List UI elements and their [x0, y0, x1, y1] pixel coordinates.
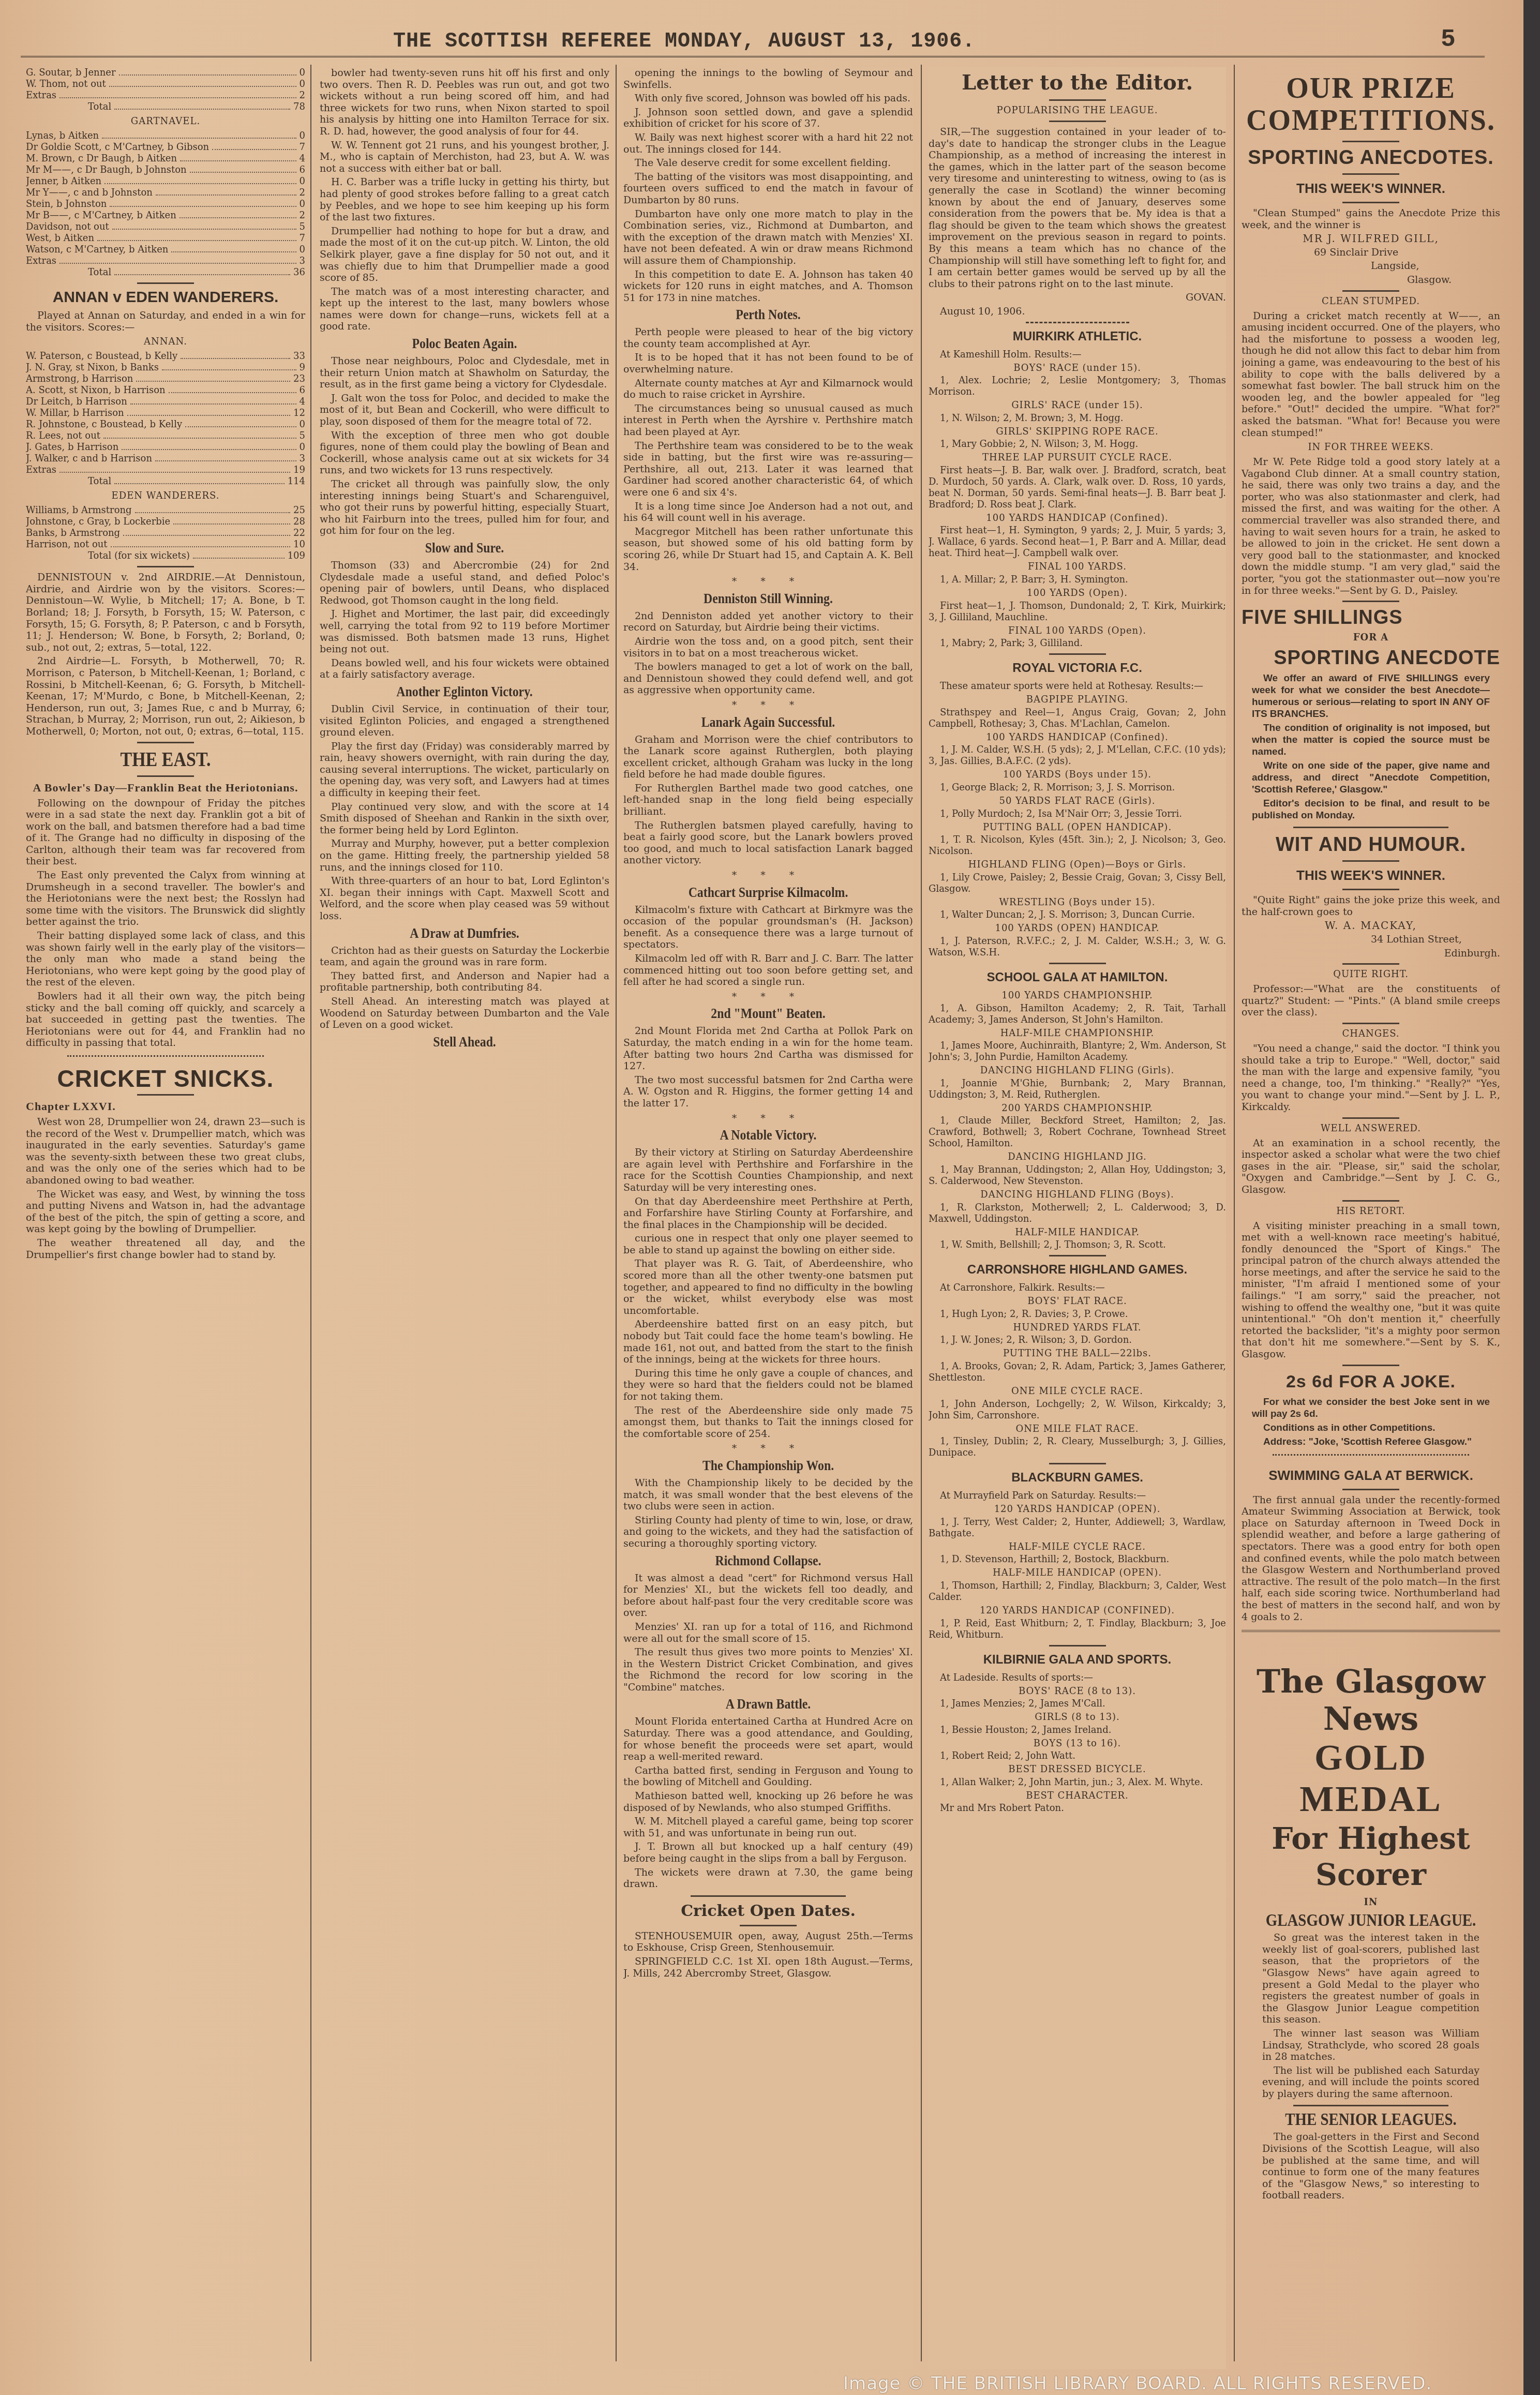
joke-title: QUITE RIGHT. — [1242, 969, 1500, 980]
divider — [1342, 1200, 1399, 1202]
column-2: bowler had twenty-seven runs hit off his… — [320, 67, 609, 2369]
results-intro: At Murrayfield Park on Saturday. Results… — [929, 1490, 1226, 1502]
scorecard-row: Extras19 — [26, 465, 305, 476]
masthead-title: THE SCOTTISH REFEREE MONDAY, AUGUST 13, … — [393, 30, 975, 53]
divider — [1342, 889, 1399, 890]
event-result: 1, J. W. Jones; 2, R. Wilson; 3, D. Gord… — [929, 1335, 1226, 1346]
scorecard-annan: W. Paterson, c Boustead, b Kelly33J. N. … — [26, 351, 305, 476]
article-subheading: A Bowler's Day—Franklin Beat the Herioto… — [26, 781, 305, 795]
paragraph: Graham and Morrison were the chief contr… — [623, 734, 913, 781]
divider — [1342, 290, 1399, 292]
copyright-notice: Image © THE BRITISH LIBRARY BOARD. ALL R… — [843, 2373, 1432, 2394]
divider — [137, 775, 194, 777]
paragraph: The cricket all through was painfully sl… — [320, 478, 609, 537]
article-heading: The Championship Won. — [645, 1458, 891, 1474]
event-title: HALF-MILE HANDICAP. — [929, 1227, 1226, 1239]
gold-medal-league: GLASGOW JUNIOR LEAGUE. — [1261, 1912, 1481, 1929]
column-rule — [1234, 65, 1235, 2361]
team-heading: ANNAN. — [26, 336, 305, 348]
results-intro: At Carronshore, Falkirk. Results:— — [929, 1282, 1226, 1294]
divider — [1342, 860, 1399, 862]
divider — [1342, 963, 1399, 965]
paragraph: Address: "Joke, 'Scottish Referee Glasgo… — [1252, 1436, 1490, 1448]
event-result: 1, John Anderson, Lochgelly; 2, W. Wilso… — [929, 1399, 1226, 1421]
anecdote-text: During a cricket match recently at W——, … — [1242, 310, 1500, 439]
paragraph: The condition of originality is not impo… — [1252, 722, 1490, 758]
article-body: bowler had twenty-seven runs hit off his… — [320, 67, 609, 333]
paragraph: Kilmacolm led off with R. Barr and J. C.… — [623, 953, 913, 988]
scorecard-row: G. Soutar, b Jenner0 — [26, 67, 305, 79]
divider — [1049, 1463, 1106, 1464]
event-title: GIRLS' SKIPPING ROPE RACE. — [929, 426, 1226, 438]
gold-medal-in: IN — [1242, 1897, 1500, 1908]
paragraph: J. Galt won the toss for Poloc, and deci… — [320, 393, 609, 428]
paragraph: curious one in respect that only one pla… — [623, 1233, 913, 1256]
article-body: Mount Florida entertained Cartha at Hund… — [623, 1716, 913, 1890]
winner-name: W. A. MACKAY, — [1242, 920, 1500, 932]
winner-heading: THIS WEEK'S WINNER. — [1242, 866, 1500, 885]
wavy-divider — [1273, 1454, 1469, 1460]
scorecard-row: W. Paterson, c Boustead, b Kelly33 — [26, 351, 305, 362]
paragraph: The circumstances being so unusual cause… — [623, 403, 913, 438]
star-divider: * * * — [623, 699, 913, 711]
event-title: FINAL 100 YARDS. — [929, 561, 1226, 573]
divider — [1049, 121, 1106, 122]
section-heading: ANNAN v EDEN WANDERERS. — [26, 288, 305, 307]
gold-medal-title: GOLD MEDAL — [1242, 1738, 1500, 1820]
joke-prize-heading: 2s 6d FOR A JOKE. — [1242, 1370, 1500, 1393]
scorecard-total: Total78 — [26, 101, 305, 113]
column-5: OUR PRIZE COMPETITIONS. SPORTING ANECDOT… — [1242, 67, 1500, 2369]
paragraph: opening the innings to the bowling of Se… — [623, 67, 913, 91]
paragraph: H. C. Barber was a trifle lucky in getti… — [320, 176, 609, 223]
event-title: GIRLS (8 to 13). — [929, 1712, 1226, 1724]
scorecard-row: Stein, b Johnston0 — [26, 199, 305, 210]
results-blackburn: 120 YARDS HANDICAP (OPEN).1, J. Terry, W… — [929, 1504, 1226, 1640]
event-title: HALF-MILE CHAMPIONSHIP. — [929, 1028, 1226, 1040]
scorecard-top: G. Soutar, b Jenner0W. Thom, not out0Ext… — [26, 67, 305, 101]
article-body: 2nd Mount Florida met 2nd Cartha at Poll… — [623, 1025, 913, 1109]
article-heading: Denniston Still Winning. — [645, 591, 891, 607]
scorecard-row: A. Scott, st Nixon, b Harrison6 — [26, 385, 305, 396]
divider — [1049, 99, 1106, 101]
winner-announcement: "Quite Right" gains the joke prize this … — [1242, 894, 1500, 918]
event-result: 1, J. Terry, West Calder; 2, Hunter, Add… — [929, 1517, 1226, 1539]
event-title: HALF-MILE CYCLE RACE. — [929, 1541, 1226, 1553]
event-title: PUTTING BALL (OPEN HANDICAP). — [929, 822, 1226, 834]
paragraph: Their batting displayed some lack of cla… — [26, 930, 305, 989]
event-title: BOYS (13 to 16). — [929, 1738, 1226, 1750]
column-rule — [310, 65, 311, 2361]
paragraph: W. M. Mitchell played a careful game, be… — [623, 1816, 913, 1839]
paragraph: By their victory at Stirling on Saturday… — [623, 1147, 913, 1193]
paragraph: Editor's decision to be final, and resul… — [1252, 798, 1490, 821]
scorecard-total: Total114 — [26, 476, 305, 487]
scorecard-row: Armstrong, b Harrison23 — [26, 373, 305, 385]
scorecard-row: Dr Goldie Scott, c M'Cartney, b Gibson7 — [26, 142, 305, 153]
divider — [1293, 2105, 1448, 2106]
scorecard-row: R. Lees, not out5 — [26, 430, 305, 442]
section-heading: SCHOOL GALA AT HAMILTON. — [929, 968, 1226, 987]
event-title: HALF-MILE HANDICAP (OPEN). — [929, 1567, 1226, 1579]
event-result: 1, A. Gibson, Hamilton Academy; 2, R. Ta… — [929, 1003, 1226, 1026]
divider — [1342, 1365, 1399, 1366]
paragraph: Those near neighbours, Poloc and Clydesd… — [320, 355, 609, 391]
star-divider: * * * — [623, 991, 913, 1003]
results-victoria: BAGPIPE PLAYING.Strathspey and Reel—1, A… — [929, 694, 1226, 959]
article-heading: Stell Ahead. — [341, 1034, 588, 1051]
open-dates-list: STENHOUSEMUIR open, away, August 25th.—T… — [623, 1930, 913, 1979]
paragraph: Kilmacolm's fixture with Cathcart at Bir… — [623, 904, 913, 951]
event-result: 1, Alex. Lochrie; 2, Leslie Montgomery; … — [929, 375, 1226, 398]
paragraph: The rest of the Aberdeenshire side only … — [623, 1405, 913, 1440]
section-heading: KILBIRNIE GALA AND SPORTS. — [929, 1651, 1226, 1669]
event-title: 100 YARDS (Boys under 15). — [929, 769, 1226, 781]
event-result: 1, Walter Duncan; 2, J. S. Morrison; 3, … — [929, 909, 1226, 921]
gold-medal-title: The Glasgow News — [1242, 1663, 1500, 1738]
paragraph: Crichton had as their guests on Saturday… — [320, 945, 609, 968]
event-result: 1, Robert Reid; 2, John Watt. — [929, 1750, 1226, 1762]
paragraph: Mount Florida entertained Cartha at Hund… — [623, 1716, 913, 1762]
column-4-sports: Letter to the Editor. POPULARISING THE L… — [929, 67, 1226, 2369]
event-result: 1, Mary Gobbie; 2, N. Wilson; 3, M. Hogg… — [929, 439, 1226, 450]
scorecard-row: J. Gates, b Harrison0 — [26, 442, 305, 453]
divider — [1342, 601, 1399, 602]
star-divider: * * * — [623, 870, 913, 881]
divider — [1342, 141, 1399, 142]
joke-rules: For what we consider the best Joke sent … — [1242, 1396, 1500, 1448]
scorecard-row: Watson, c M'Cartney, b Aitken0 — [26, 244, 305, 256]
article-text: The goal-getters in the First and Second… — [1242, 2131, 1500, 2202]
team-heading: GARTNAVEL. — [26, 116, 305, 127]
paragraph: Bowlers had it all their own way, the pi… — [26, 991, 305, 1049]
paragraph: The East only prevented the Calyx from w… — [26, 870, 305, 928]
match-report: 2nd Airdrie—L. Forsyth, b Motherwell, 70… — [26, 655, 305, 737]
article-text: The first annual gala under the recently… — [1242, 1494, 1500, 1623]
section-heading: MUIRKIRK ATHLETIC. — [929, 327, 1226, 346]
divider — [1293, 827, 1448, 828]
results-carronshore: BOYS' FLAT RACE.1, Hugh Lyon; 2, R. Davi… — [929, 1296, 1226, 1459]
divider — [691, 1895, 846, 1897]
star-divider: * * * — [623, 1443, 913, 1455]
letter-signature: GOVAN. — [929, 292, 1226, 304]
event-title: 100 YARDS (Open). — [929, 588, 1226, 600]
scorecard-row: W. Thom, not out0 — [26, 79, 305, 90]
divider — [137, 566, 194, 567]
column-rule — [921, 65, 922, 2361]
results-muirkirk: BOYS' RACE (under 15).1, Alex. Lochrie; … — [929, 363, 1226, 650]
divider — [1342, 1023, 1399, 1024]
article-body: Following on the downpour of Friday the … — [26, 798, 305, 1049]
paragraph: It is to be hoped that it has not been f… — [623, 352, 913, 375]
divider — [1342, 202, 1399, 203]
section-heading: Cricket Open Dates. — [623, 1902, 913, 1921]
event-result: Mr and Mrs Robert Paton. — [929, 1803, 1226, 1814]
gold-medal-title: For Highest Scorer — [1242, 1820, 1500, 1893]
paragraph: J. Highet and Mortimer, the last pair, d… — [320, 608, 609, 655]
winner-address: 34 Lothian Street, — [1242, 934, 1500, 946]
paragraph: J. Johnson soon settled down, and gave a… — [623, 107, 913, 130]
event-title: BOYS' RACE (8 to 13). — [929, 1686, 1226, 1698]
joke-title: CHANGES. — [1242, 1028, 1500, 1040]
results-intro: These amateur sports were held at Rothes… — [929, 681, 1226, 692]
match-report: DENNISTOUN v. 2nd AIRDRIE.—At Dennistoun… — [26, 572, 305, 653]
event-title: WRESTLING (Boys under 15). — [929, 897, 1226, 909]
event-title: HUNDRED YARDS FLAT. — [929, 1322, 1226, 1334]
divider — [1049, 963, 1106, 964]
divider — [137, 282, 194, 284]
gold-medal-body: So great was the interest taken in the w… — [1242, 1932, 1500, 2100]
anecdote-title: IN FOR THREE WEEKS. — [1242, 442, 1500, 453]
paragraph: The wickets were drawn at 7.30, the game… — [623, 1867, 913, 1890]
section-heading: THE SENIOR LEAGUES. — [1261, 2112, 1481, 2128]
article-body: Dublin Civil Service, in continuation of… — [320, 703, 609, 922]
paragraph: With three-quarters of an hour to bat, L… — [320, 875, 609, 922]
scorecard-row: Extras3 — [26, 256, 305, 267]
article-heading: Cathcart Surprise Kilmacolm. — [645, 885, 891, 901]
divider — [1342, 1117, 1399, 1119]
event-result: 1, Joannie M'Ghie, Burnbank; 2, Mary Bra… — [929, 1078, 1226, 1101]
event-result: 1, N. Wilson; 2, M. Brown; 3, M. Hogg. — [929, 413, 1226, 424]
paragraph: Play continued very slow, and with the s… — [320, 801, 609, 836]
winner-address: Langside, — [1242, 260, 1500, 272]
scorecard-row: Davidson, not out5 — [26, 221, 305, 233]
paragraph: Thomson (33) and Abercrombie (24) for 2n… — [320, 560, 609, 606]
paragraph: Stirling County had plenty of time to wi… — [623, 1515, 913, 1550]
paragraph: During this time he only gave a couple o… — [623, 1368, 913, 1403]
paragraph: Following on the downpour of Friday the … — [26, 798, 305, 868]
divider — [1242, 1630, 1500, 1632]
event-result: 1, P. Reid, East Whitburn; 2, T. Findlay… — [929, 1618, 1226, 1641]
scorecard-row: W. Millar, b Harrison12 — [26, 408, 305, 419]
event-result: 1, Thomson, Harthill; 2, Findlay, Blackb… — [929, 1580, 1226, 1603]
event-result: 1, Mabry; 2, Park; 3, Gilliland. — [929, 638, 1226, 649]
paragraph: bowler had twenty-seven runs hit off his… — [320, 67, 609, 138]
article-body: By their victory at Stirling on Saturday… — [623, 1147, 913, 1231]
paragraph: It was almost a dead "cert" for Richmond… — [623, 1573, 913, 1619]
scorecard-row: Dr Leitch, b Harrison4 — [26, 396, 305, 408]
paragraph: Conditions as in other Competitions. — [1252, 1422, 1490, 1434]
joke-text: Professor:—"What are the constituents of… — [1242, 983, 1500, 1019]
divider — [137, 1094, 194, 1096]
column-1: G. Soutar, b Jenner0W. Thom, not out0Ext… — [26, 67, 305, 2369]
event-title: BOYS' FLAT RACE. — [929, 1296, 1226, 1308]
article-body: 2nd Denniston added yet another victory … — [623, 610, 913, 696]
event-title: HIGHLAND FLING (Open)—Boys or Girls. — [929, 859, 1226, 871]
paragraph: Dublin Civil Service, in continuation of… — [320, 703, 609, 739]
event-result: 1, James Moore, Auchinraith, Blantyre; 2… — [929, 1040, 1226, 1063]
event-title: FINAL 100 YARDS (Open). — [929, 625, 1226, 637]
paragraph: On that day Aberdeenshire meet Perthshir… — [623, 1196, 913, 1231]
paragraph: SPRINGFIELD C.C. 1st XI. open 18th Augus… — [623, 1956, 913, 1979]
joke-title: WELL ANSWERED. — [1242, 1123, 1500, 1134]
five-shillings-sub: SPORTING ANECDOTE — [1242, 647, 1500, 669]
event-result: 1, Lily Crowe, Paisley; 2, Bessie Craig,… — [929, 872, 1226, 895]
column-rule — [616, 65, 617, 2361]
event-title: DANCING HIGHLAND FLING (Girls). — [929, 1065, 1226, 1077]
star-divider: * * * — [623, 576, 913, 588]
paragraph: In this competition to date E. A. Johnso… — [623, 269, 913, 304]
article-heading: Lanark Again Successful. — [645, 714, 891, 731]
divider — [137, 742, 194, 743]
winner-address: 69 Sinclair Drive — [1242, 247, 1500, 259]
scorecard-row: West, b Aitken7 — [26, 233, 305, 244]
event-title: 50 YARDS FLAT RACE (Girls). — [929, 796, 1226, 807]
article-heading: Another Eglinton Victory. — [341, 684, 588, 700]
match-intro: Played at Annan on Saturday, and ended i… — [26, 310, 305, 333]
article-heading: Richmond Collapse. — [645, 1553, 891, 1569]
scorecard-row: Extras2 — [26, 90, 305, 101]
event-title: ONE MILE FLAT RACE. — [929, 1424, 1226, 1435]
divider — [1026, 322, 1129, 323]
article-body: Kilmacolm's fixture with Cathcart at Bir… — [623, 904, 913, 988]
event-title: GIRLS' RACE (under 15). — [929, 400, 1226, 412]
anecdote-text: Mr W. Pete Ridge told a good story latel… — [1242, 456, 1500, 596]
divider — [1342, 1489, 1399, 1490]
paragraph: W. Baily was next highest scorer with a … — [623, 132, 913, 155]
scorecard-row: R. Johnstone, c Boustead, b Kelly0 — [26, 419, 305, 430]
section-heading: CRICKET SNICKS. — [26, 1067, 305, 1090]
event-result: 1, T. R. Nicolson, Kyles (45ft. 3in.); 2… — [929, 834, 1226, 857]
article-body: curious one in respect that only one pla… — [623, 1233, 913, 1440]
event-result: 1, Claude Miller, Beckford Street, Hamil… — [929, 1115, 1226, 1149]
joke-text: At an examination in a school recently, … — [1242, 1137, 1500, 1196]
section-heading: CARRONSHORE HIGHLAND GAMES. — [929, 1261, 1226, 1279]
article-heading: A Notable Victory. — [645, 1127, 891, 1144]
divider — [1342, 173, 1399, 175]
competition-rules: We offer an award of FIVE SHILLINGS ever… — [1242, 672, 1500, 821]
scorecard-row: Mr Y——, c and b Johnston2 — [26, 187, 305, 199]
prize-competitions-heading: OUR PRIZE COMPETITIONS. — [1242, 72, 1500, 137]
article-body: Perth people were pleased to hear of the… — [623, 326, 913, 573]
article-body: opening the innings to the bowling of Se… — [623, 67, 913, 304]
article-body: With the Championship likely to be decid… — [623, 1477, 913, 1550]
paragraph: The list will be published each Saturday… — [1262, 2065, 1479, 2100]
event-title: 100 YARDS HANDICAP (Confined). — [929, 513, 1226, 525]
event-title: 100 YARDS CHAMPIONSHIP. — [929, 990, 1226, 1002]
section-heading: BLACKBURN GAMES. — [929, 1469, 1226, 1487]
article-heading: Slow and Sure. — [341, 540, 588, 557]
wavy-divider — [67, 1055, 264, 1061]
five-shillings-heading: FIVE SHILLINGS — [1242, 606, 1500, 629]
joke-text: "You need a change," said the doctor. "I… — [1242, 1043, 1500, 1113]
event-result: 1, D. Stevenson, Harthill; 2, Bostock, B… — [929, 1554, 1226, 1565]
paragraph: Dumbarton have only one more match to pl… — [623, 208, 913, 267]
winner-address: Glasgow. — [1242, 274, 1500, 286]
event-result: 1, J. M. Calder, W.S.H. (5 yds); 2, J. M… — [929, 744, 1226, 767]
paragraph: Murray and Murphy, however, put a better… — [320, 838, 609, 873]
paragraph: West won 28, Drumpellier won 24, drawn 2… — [26, 1116, 305, 1187]
scorecard-row: J. N. Gray, st Nixon, b Banks9 — [26, 362, 305, 373]
event-result: 1, Tinsley, Dublin; 2, R. Cleary, Mussel… — [929, 1436, 1226, 1459]
event-title: BOYS' RACE (under 15). — [929, 363, 1226, 375]
paragraph: They batted first, and Anderson and Napi… — [320, 970, 609, 994]
paragraph: SIR,—The suggestion contained in your le… — [929, 126, 1226, 290]
paragraph: The Wicket was easy, and West, by winnin… — [26, 1189, 305, 1235]
scorecard-row: Harrison, not out10 — [26, 539, 305, 550]
divider — [1049, 1255, 1106, 1256]
winner-announcement: "Clean Stumped" gains the Anecdote Prize… — [1242, 207, 1500, 231]
paragraph: Stell Ahead. An interesting match was pl… — [320, 996, 609, 1031]
paragraph: Mathieson batted well, knocking up 26 be… — [623, 1790, 913, 1814]
event-title: 100 YARDS HANDICAP (Confined). — [929, 732, 1226, 744]
paragraph: Deans bowled well, and his four wickets … — [320, 657, 609, 681]
paragraph: Play the first day (Friday) was consider… — [320, 741, 609, 799]
article-heading: Poloc Beaten Again. — [341, 336, 588, 352]
event-result: 1, A. Brooks, Govan; 2, R. Adam, Partick… — [929, 1361, 1226, 1384]
event-title: BAGPIPE PLAYING. — [929, 694, 1226, 706]
article-body: West won 28, Drumpellier won 24, drawn 2… — [26, 1116, 305, 1261]
event-title: 200 YARDS CHAMPIONSHIP. — [929, 1103, 1226, 1115]
column-3-main: opening the innings to the bowling of Se… — [623, 67, 913, 2369]
section-heading: THE EAST. — [47, 747, 285, 771]
joke-title: HIS RETORT. — [1242, 1206, 1500, 1217]
paragraph: With only five scored, Johnson was bowle… — [623, 93, 913, 104]
letter-subheading: POPULARISING THE LEAGUE. — [929, 105, 1226, 116]
paragraph: So great was the interest taken in the w… — [1262, 1932, 1479, 2026]
event-result: 1, Bessie Houston; 2, James Ireland. — [929, 1725, 1226, 1736]
scorecard-total: Total36 — [26, 267, 305, 278]
scorecard-gartnavel: Lynas, b Aitken0Dr Goldie Scott, c M'Car… — [26, 130, 305, 267]
paragraph: The Vale deserve credit for some excelle… — [623, 157, 913, 169]
event-title: 120 YARDS HANDICAP (CONFINED). — [929, 1605, 1226, 1617]
article-body: Graham and Morrison were the chief contr… — [623, 734, 913, 867]
event-result: 1, Allan Walker; 2, John Martin, jun.; 3… — [929, 1777, 1226, 1788]
event-result: First heat—1, J. Thomson, Dundonald; 2, … — [929, 601, 1226, 623]
event-title: DANCING HIGHLAND FLING (Boys). — [929, 1189, 1226, 1201]
anecdote-title: CLEAN STUMPED. — [1242, 296, 1500, 307]
paragraph: With the exception of three men who got … — [320, 430, 609, 476]
paragraph: The Perthshire team was considered to be… — [623, 440, 913, 499]
event-result: 1, Polly Murdoch; 2, Isa M'Nair Orr; 3, … — [929, 809, 1226, 820]
scorecard-total: Total (for six wickets)109 — [26, 550, 305, 562]
paragraph: We offer an award of FIVE SHILLINGS ever… — [1252, 672, 1490, 720]
winner-address: Edinburgh. — [1242, 948, 1500, 960]
article-heading: A Drawn Battle. — [645, 1696, 891, 1713]
letter-body: SIR,—The suggestion contained in your le… — [929, 126, 1226, 290]
scorecard-row: Williams, b Armstrong25 — [26, 505, 305, 516]
paragraph: With the Championship likely to be decid… — [623, 1477, 913, 1513]
divider — [740, 1925, 797, 1926]
letter-heading: Letter to the Editor. — [929, 70, 1226, 95]
paragraph: Airdrie won the toss and, on a good pitc… — [623, 636, 913, 659]
paragraph: The bowlers managed to get a lot of work… — [623, 661, 913, 696]
event-title: BEST CHARACTER. — [929, 1790, 1226, 1802]
binding-edge — [1523, 0, 1540, 2395]
article-heading: Perth Notes. — [645, 307, 891, 323]
paragraph: The Rutherglen batsmen played carefully,… — [623, 820, 913, 866]
event-result: First heat—1, H. Symington, 9 yards; 2, … — [929, 525, 1226, 559]
event-result: First heats—J. B. Bar, walk over. J. Bra… — [929, 465, 1226, 511]
scorecard-row: Johnstone, c Gray, b Lockerbie28 — [26, 516, 305, 528]
paragraph: Menzies' XI. ran up for a total of 116, … — [623, 1621, 913, 1644]
event-result: Strathspey and Reel—1, Angus Craig, Gova… — [929, 707, 1226, 730]
five-shillings-for: FOR A — [1242, 632, 1500, 643]
event-title: ONE MILE CYCLE RACE. — [929, 1386, 1226, 1398]
divider — [1049, 1645, 1106, 1646]
scorecard-row: Lynas, b Aitken0 — [26, 130, 305, 142]
event-title: PUTTING THE BALL—22lbs. — [929, 1348, 1226, 1360]
section-heading: WIT AND HUMOUR. — [1242, 833, 1500, 856]
paragraph: Macgregor Mitchell has been rather unfor… — [623, 526, 913, 573]
scorecard-row: Banks, b Armstrong22 — [26, 528, 305, 539]
scorecard-eden: Williams, b Armstrong25Johnstone, c Gray… — [26, 505, 305, 550]
event-result: 1, May Brannan, Uddingston; 2, Allan Hoy… — [929, 1164, 1226, 1187]
event-result: 1, James Menzies; 2, James M'Call. — [929, 1698, 1226, 1710]
chapter-heading: Chapter LXXVI. — [26, 1100, 305, 1113]
team-heading: EDEN WANDERERS. — [26, 490, 305, 502]
section-heading: SWIMMING GALA AT BERWICK. — [1242, 1466, 1500, 1485]
